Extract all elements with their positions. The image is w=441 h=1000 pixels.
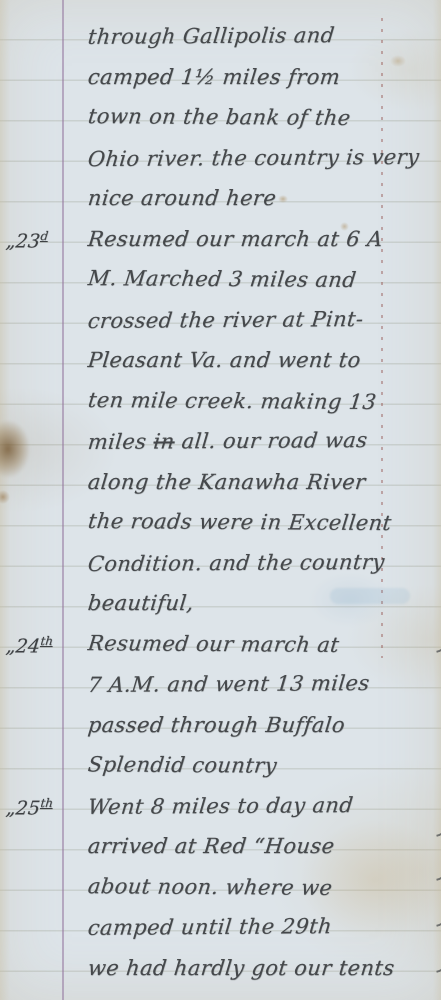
journal-line: „24thResumed our march at [0, 632, 441, 673]
journal-line: through Gallipolis and [0, 24, 441, 65]
journal-line: we had hardly got our tents [0, 956, 441, 997]
journal-line: miles in all. our road was [0, 429, 441, 470]
journal-line: Pleasant Va. and went to [0, 348, 441, 389]
journal-line: „25thWent 8 miles to day and [0, 794, 441, 835]
handwritten-text: passed through Buffalo [87, 713, 347, 737]
journal-line: M. Marched 3 miles and [0, 267, 441, 308]
journal-line: ten mile creek. making 13 [0, 389, 441, 430]
journal-line: 7 A.M. and went 13 miles [0, 672, 441, 713]
handwritten-text: town on the bank of the [87, 104, 352, 130]
journal-line: about noon. where we [0, 875, 441, 916]
handwritten-text: Ohio river. the country is very [87, 144, 421, 170]
handwritten-text: about noon. where we [87, 874, 334, 900]
handwritten-text: we had hardly got our tents [87, 956, 396, 980]
handwritten-text: the roads were in Excellent [87, 509, 393, 535]
journal-line: „23dResumed our march at 6 A [0, 227, 441, 268]
journal-line: Ohio river. the country is very [0, 146, 441, 187]
handwritten-text: camped 1½ miles from [87, 65, 342, 89]
handwritten-text: ten mile creek. making 13 [87, 387, 378, 413]
handwritten-text: through Gallipolis and [87, 23, 336, 49]
journal-line: Splendid country [0, 753, 441, 794]
handwritten-text: beautiful, [87, 591, 195, 615]
handwritten-text: Splendid country [87, 752, 279, 777]
handwritten-text: Condition. and the country [87, 549, 386, 575]
journal-line: along the Kanawha River [0, 470, 441, 511]
journal-line: the roads were in Excellent [0, 510, 441, 551]
journal-line: camped 1½ miles from [0, 65, 441, 106]
struck-word: in [152, 429, 175, 453]
handwritten-text: 7 A.M. and went 13 miles [87, 671, 371, 697]
margin-date-label: „25th [5, 796, 54, 819]
journal-line: town on the bank of the [0, 105, 441, 146]
handwritten-text: Resumed our march at 6 A [87, 227, 384, 251]
diary-page: through Gallipolis andcamped 1½ miles fr… [0, 0, 441, 1000]
handwritten-text: Went 8 miles to day and [87, 793, 355, 819]
handwritten-text: M. Marched 3 miles and [87, 266, 358, 292]
journal-line: crossed the river at Pint- [0, 308, 441, 349]
journal-line: camped until the 29th [0, 915, 441, 956]
journal-line: arrived at Red “House [0, 834, 441, 875]
handwritten-text: Pleasant Va. and went to [87, 348, 362, 372]
handwritten-text: nice around here [87, 186, 278, 210]
journal-line: passed through Buffalo [0, 713, 441, 754]
handwritten-text: miles in all. our road was [87, 428, 369, 454]
journal-line: Condition. and the country [0, 551, 441, 592]
handwritten-text: camped until the 29th [87, 914, 333, 940]
handwritten-text: along the Kanawha River [87, 470, 367, 494]
journal-line: nice around here [0, 186, 441, 227]
margin-date-label: „24th [5, 634, 54, 657]
margin-date-label: „23d [5, 229, 49, 252]
journal-line: beautiful, [0, 591, 441, 632]
handwritten-text: arrived at Red “House [87, 834, 336, 858]
journal-text: through Gallipolis andcamped 1½ miles fr… [0, 24, 441, 996]
handwritten-text: crossed the river at Pint- [87, 307, 365, 333]
handwritten-text: Resumed our march at [87, 631, 341, 657]
